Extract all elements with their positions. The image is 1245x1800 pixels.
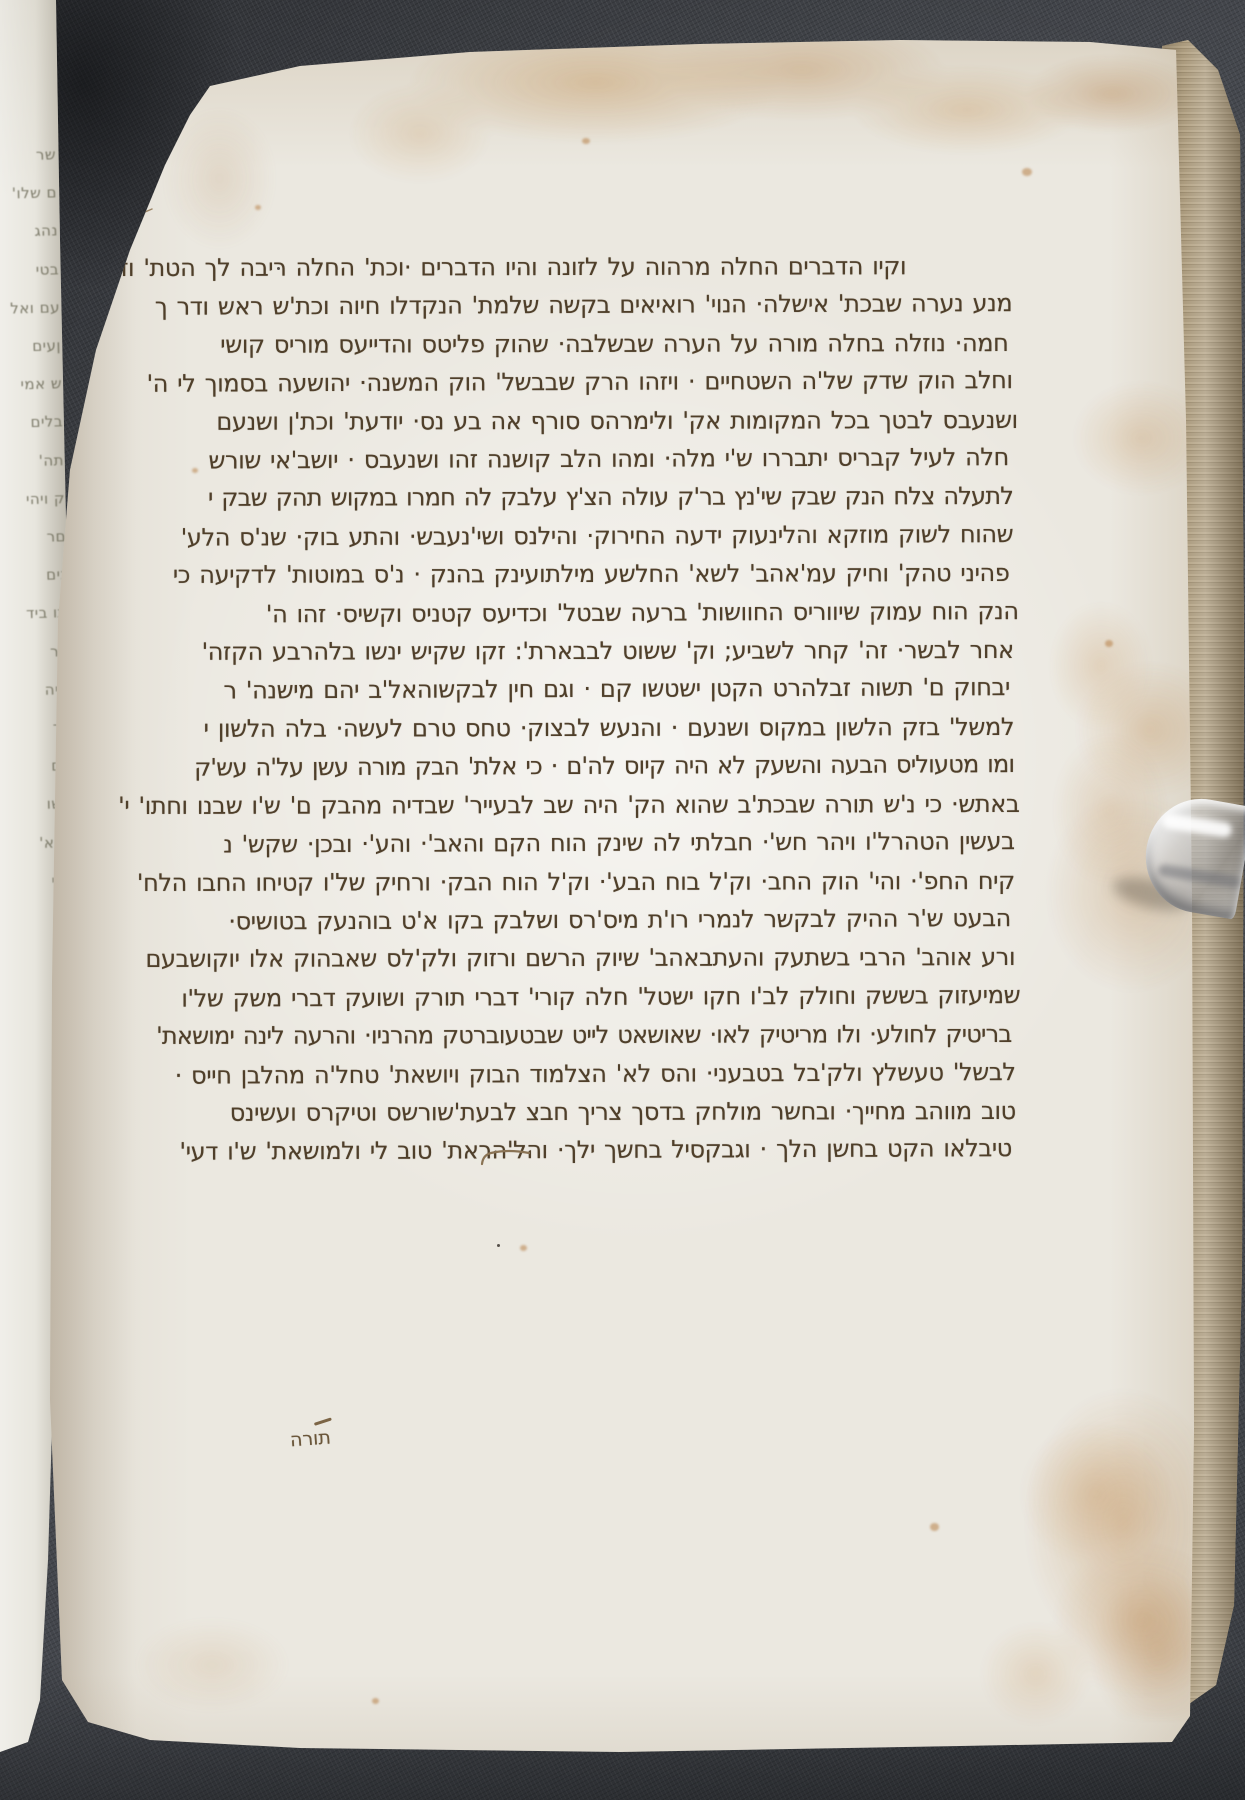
text-line: וקיו הדברים החלה מרהוה על לזונה והיו הדב… <box>112 247 1012 287</box>
catchword: תורה <box>289 1427 331 1452</box>
text-line: פהיני טהק' וחיק עמ'אהב' לשא' החלשע מילתו… <box>113 554 1009 594</box>
foxing-dot <box>520 1245 527 1251</box>
text-line: ורע אוהב' הרבי בשתעק והעתבאהב' שיוק הרשם… <box>115 938 1015 978</box>
text-line: לתעלה צלח הנק שבק שי'נץ בר'ק עולה הצ'ץ ע… <box>113 477 1013 517</box>
line-filler-mark <box>478 1146 532 1172</box>
previous-leaf-text-line: תה' <box>0 441 64 481</box>
text-line: שהוח לשוק מוזקא והלינעוק ידעה החירוק· וה… <box>113 515 1013 557</box>
text-line: בריטיק לחולע· ולו מריטיק לאו· שאושאט ליי… <box>115 1015 1011 1055</box>
previous-leaf-text-line: בטי <box>0 250 59 290</box>
text-line: טוב מווהב מחייך· ובחשר מולחק בדסך צריך ח… <box>116 1092 1016 1132</box>
manuscript-text-block: וקיו הדברים החלה מרהוה על לזונה והיו הדב… <box>112 246 1016 1172</box>
page-weight-body <box>1137 790 1245 919</box>
text-line: לבשל' טעשלץ ולק'בל בטבעני· והס לא' הצלמו… <box>116 1053 1016 1095</box>
previous-leaf-text-line: עם ואל <box>0 288 60 328</box>
text-line: וחלב הוק שדק של'ה השטחיים · ויזהו הרק שב… <box>112 361 1012 403</box>
foxing-dot <box>582 138 590 144</box>
previous-leaf-text-line: שר <box>0 135 56 175</box>
previous-leaf-text-line: נים <box>3 555 68 595</box>
foxing-dot <box>255 205 261 210</box>
text-line: מנע נערה שבכת' אישלה· הנוי' רואיאים בקשה… <box>112 284 1012 326</box>
ink-speck <box>497 1244 500 1247</box>
page-weight <box>1146 798 1245 912</box>
text-line: חלה לעיל קבריס יתבררו ש'י מלה· ומהו הלב … <box>113 438 1009 480</box>
previous-leaf-text-line: נהג <box>0 212 58 252</box>
text-line: אחר לבשר· זה' קחר לשביע; וק' ששוט לבבארת… <box>114 631 1014 671</box>
text-line: טיבלאו הקט בחשן הלך · וגבקסיל בחשך ילך· … <box>116 1129 1012 1171</box>
text-line: באתש· כי נ'ש תורה שבכת'ב שהוא הק' היה שב… <box>114 785 1019 825</box>
text-line: שמיעזוק בששק וחולק לב'ו חקו ישטל' חלה קו… <box>115 976 1020 1018</box>
previous-leaf-text-line: ש אמי <box>0 364 62 404</box>
foxing-dot <box>1105 640 1113 647</box>
text-line: הבעט ש'ר ההיק לבקשר לנמרי רו'ת מיס'רס וש… <box>115 899 1011 941</box>
previous-leaf-text-line: בלים <box>0 403 63 443</box>
text-line: ושנעבס לבטך בכל המקומות אק' ולימרהס סורף… <box>113 401 1018 441</box>
text-line: קיח החפ'· והי' הוק החב· וק'ל בוח הבע'· ו… <box>115 861 1015 901</box>
foxing-dot <box>930 1523 939 1531</box>
previous-leaf-text-line: ק ויהי <box>1 479 66 519</box>
text-line: יבחוק ם' תשוה זבלהרט הקטן ישטשו קם · וגם… <box>114 669 1010 711</box>
stain-bottom-right <box>842 1368 1194 1728</box>
previous-leaf-text-line: ןעים <box>0 326 61 366</box>
text-line: ומו מטעוליס הבעה והשעק לא היה קיוס לה'ם … <box>114 745 1014 787</box>
text-line: חמה· נוזלה בחלה מורה על הערה שבשלבה· שהו… <box>112 324 1008 364</box>
previous-leaf-text-line: ם שלו' <box>0 174 57 214</box>
foxing-dot <box>1022 168 1032 176</box>
manuscript-page: וקיו הדברים החלה מרהוה על לזונה והיו הדב… <box>42 38 1194 1754</box>
catchword-accent <box>314 1417 332 1425</box>
text-line: בעשין הטהרל'ו ויהר חש'· חבלתי לה שינק הו… <box>115 822 1015 864</box>
catchword-text: תורה <box>289 1427 331 1452</box>
text-line: למשל' בזק הלשון במקוס ושנעם · והנעש לבצו… <box>114 708 1014 748</box>
text-line: הנק הוח עמוק שיווריס החוושות' ברעה שבטל'… <box>114 592 1019 634</box>
previous-leaf-text-line: םר <box>2 517 67 557</box>
foxing-dot <box>372 1698 379 1704</box>
